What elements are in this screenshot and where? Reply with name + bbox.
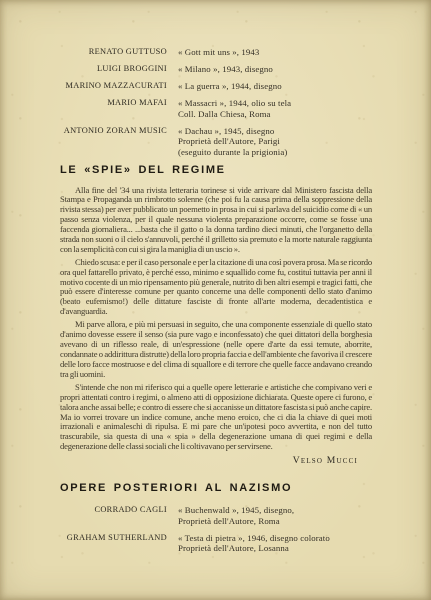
work-line: (eseguito durante la prigionia) <box>178 147 372 158</box>
exhibit-list-top: RENATO GUTTUSO « Gott mit uns », 1943 LU… <box>60 47 372 157</box>
artist-name: MARINO MAZZACURATI <box>60 81 167 92</box>
work-details: « Testa di pietra », 1946, disegno color… <box>178 533 372 554</box>
work-details: « La guerra », 1944, disegno <box>178 81 372 92</box>
work-line: « Massacri », 1944, olio su tela <box>178 98 372 109</box>
work-details: « Gott mit uns », 1943 <box>178 47 372 58</box>
work-line: Coll. Dalla Chiesa, Roma <box>178 109 372 120</box>
work-line: Proprietà dell'Autore, Roma <box>178 516 372 527</box>
work-line: « Dachau », 1945, disegno <box>178 126 372 137</box>
artist-name-text: MARINO MAZZACURATI <box>66 81 167 92</box>
work-line: Proprietà dell'Autore, Losanna <box>178 543 372 554</box>
work-details: « Dachau », 1945, disegno Proprietà dell… <box>178 126 372 158</box>
work-details: « Massacri », 1944, olio su tela Coll. D… <box>178 98 372 119</box>
essay-paragraph-1: Alla fine del '34 una rivista letteraria… <box>60 186 372 255</box>
exhibit-entry: CORRADO CAGLI « Buchenwald », 1945, dise… <box>60 505 372 526</box>
artist-name-text: GRAHAM SUTHERLAND <box>67 533 167 544</box>
artist-name-text: RENATO GUTTUSO <box>89 47 167 58</box>
essay-author-signature: Velso Mucci <box>60 455 372 466</box>
artist-name: MARIO MAFAI <box>60 98 167 119</box>
artist-name-text: CORRADO CAGLI <box>94 505 167 516</box>
artist-name: RENATO GUTTUSO <box>60 47 167 58</box>
work-details: « Milano », 1943, disegno <box>178 64 372 75</box>
artist-name: LUIGI BROGGINI <box>60 64 167 75</box>
artist-name-text: ANTONIO ZORAN MUSIC <box>64 126 167 137</box>
section-heading-opere-posteriori-al-nazismo: OPERE POSTERIORI AL NAZISMO <box>60 482 372 494</box>
work-line: « Buchenwald », 1945, disegno, <box>178 505 372 516</box>
work-line: « La guerra », 1944, disegno <box>178 81 372 92</box>
exhibit-entry: ANTONIO ZORAN MUSIC « Dachau », 1945, di… <box>60 126 372 158</box>
essay-paragraph-2: Chiedo scusa: e per il caso personale e … <box>60 258 372 317</box>
work-line: « Milano », 1943, disegno <box>178 64 372 75</box>
work-details: « Buchenwald », 1945, disegno, Proprietà… <box>178 505 372 526</box>
section-heading-le-spie-del-regime: LE «SPIE» DEL REGIME <box>60 164 372 176</box>
artist-name: GRAHAM SUTHERLAND <box>60 533 167 554</box>
artist-name-text: MARIO MAFAI <box>107 98 167 109</box>
work-line: « Gott mit uns », 1943 <box>178 47 372 58</box>
essay-paragraph-3: Mi parve allora, e più mi persuasi in se… <box>60 320 372 379</box>
work-line: « Testa di pietra », 1946, disegno color… <box>178 533 372 544</box>
catalog-page: RENATO GUTTUSO « Gott mit uns », 1943 LU… <box>0 0 431 600</box>
exhibit-list-bottom: CORRADO CAGLI « Buchenwald », 1945, dise… <box>60 505 372 554</box>
essay-text: Alla fine del '34 una rivista letteraria… <box>60 186 372 467</box>
page-content: RENATO GUTTUSO « Gott mit uns », 1943 LU… <box>0 0 431 600</box>
exhibit-entry: LUIGI BROGGINI « Milano », 1943, disegno <box>60 64 372 75</box>
exhibit-entry: RENATO GUTTUSO « Gott mit uns », 1943 <box>60 47 372 58</box>
work-line: Proprietà dell'Autore, Parigi <box>178 136 372 147</box>
artist-name-text: LUIGI BROGGINI <box>97 64 167 75</box>
exhibit-entry: MARINO MAZZACURATI « La guerra », 1944, … <box>60 81 372 92</box>
exhibit-entry: MARIO MAFAI « Massacri », 1944, olio su … <box>60 98 372 119</box>
artist-name: ANTONIO ZORAN MUSIC <box>60 126 167 158</box>
artist-name: CORRADO CAGLI <box>60 505 167 526</box>
essay-paragraph-4: S'intende che non mi riferisco qui a que… <box>60 383 372 452</box>
exhibit-entry: GRAHAM SUTHERLAND « Testa di pietra », 1… <box>60 533 372 554</box>
